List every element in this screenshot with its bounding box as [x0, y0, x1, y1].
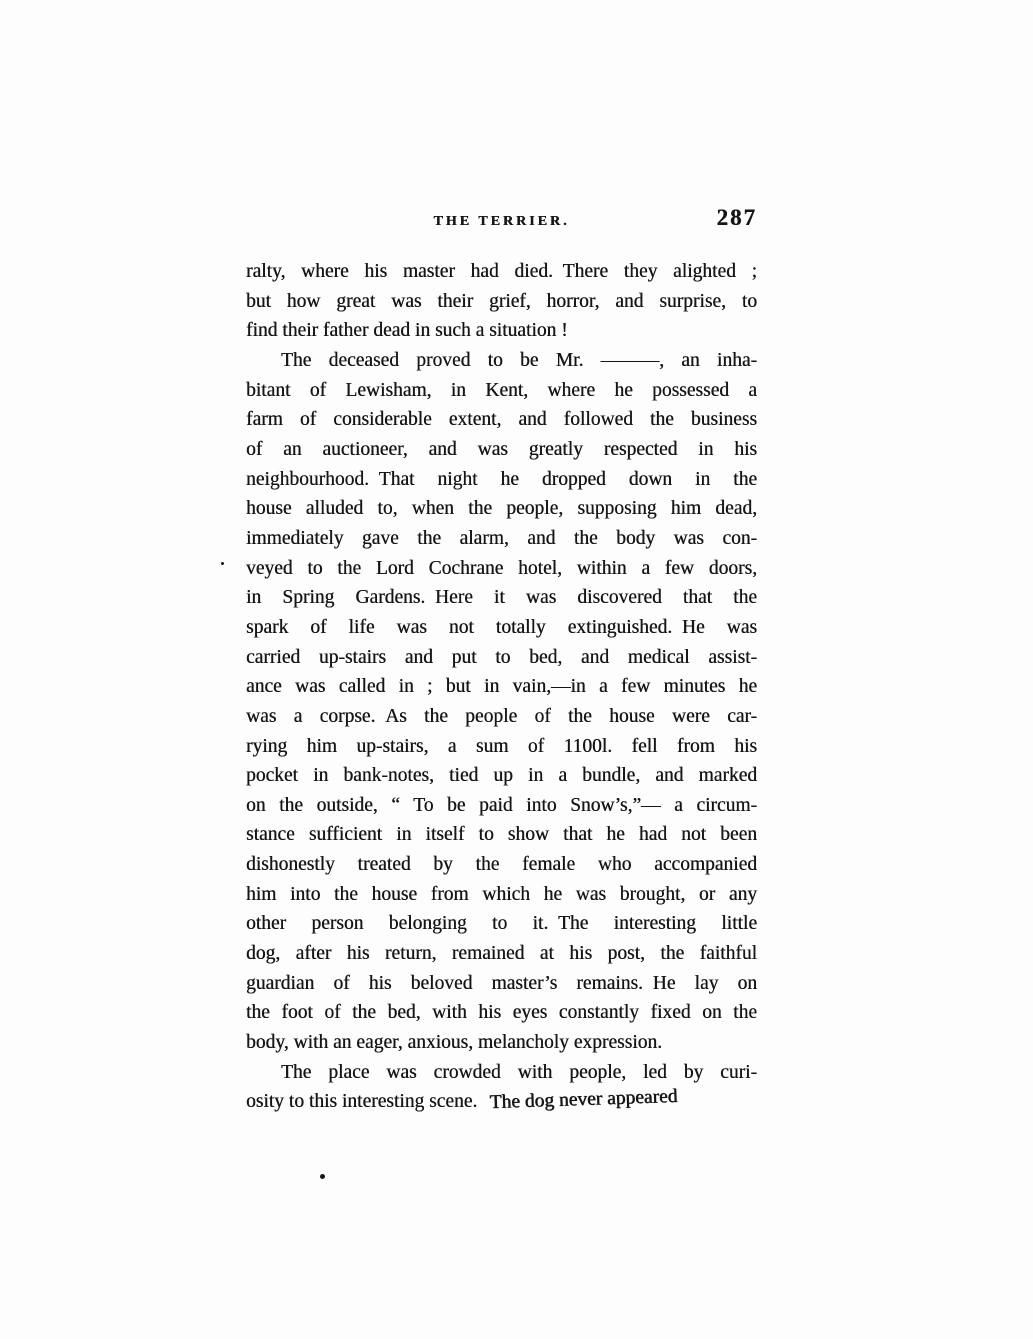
- page-number: 287: [246, 205, 757, 231]
- text-line: rying him up-stairs, a sum of 1100l. fel…: [246, 732, 757, 762]
- text-line: guardian of his beloved master’s remains…: [246, 969, 757, 999]
- text-line: him into the house from which he was bro…: [246, 880, 757, 910]
- text-line: house alluded to, when the people, suppo…: [246, 494, 757, 524]
- text-line: The deceased proved to be Mr. ———, an in…: [246, 346, 757, 376]
- text-line: stance sufficient in itself to show that…: [246, 820, 757, 850]
- text-line: neighbourhood. That night he dropped dow…: [246, 465, 757, 495]
- ink-speck: [320, 1174, 325, 1179]
- text-line: body, with an eager, anxious, melancholy…: [246, 1028, 757, 1058]
- text-line: dog, after his return, remained at his p…: [246, 939, 757, 969]
- text-line: find their father dead in such a situati…: [246, 316, 757, 346]
- text-line: veyed to the Lord Cochrane hotel, within…: [246, 554, 757, 584]
- ink-speck: [221, 562, 224, 565]
- text-line: pocket in bank-notes, tied up in a bundl…: [246, 761, 757, 791]
- text-line: other person belonging to it. The intere…: [246, 909, 757, 939]
- text-line: carried up-stairs and put to bed, and me…: [246, 643, 757, 673]
- text-line: spark of life was not totally extinguish…: [246, 613, 757, 643]
- text-line: immediately gave the alarm, and the body…: [246, 524, 757, 554]
- text-line: The place was crowded with people, led b…: [246, 1058, 757, 1088]
- text-line: was a corpse. As the people of the house…: [246, 702, 757, 732]
- text-line: but how great was their grief, horror, a…: [246, 287, 757, 317]
- text-line: on the outside, “ To be paid into Snow’s…: [246, 791, 757, 821]
- scanned-book-page: THE TERRIER. 287 ralty, where his master…: [0, 0, 1033, 1339]
- text-line: ance was called in ; but in vain,—in a f…: [246, 672, 757, 702]
- text-line: ralty, where his master had died. There …: [246, 257, 757, 287]
- text-line: osity to this interesting scene.The dog …: [246, 1087, 757, 1117]
- text-line: of an auctioneer, and was greatly respec…: [246, 435, 757, 465]
- text-block: ralty, where his master had died. There …: [246, 257, 757, 1117]
- text-line: farm of considerable extent, and followe…: [246, 405, 757, 435]
- text-line: dishonestly treated by the female who ac…: [246, 850, 757, 880]
- text-line: in Spring Gardens. Here it was discovere…: [246, 583, 757, 613]
- warped-text: The dog never appeared: [489, 1082, 678, 1118]
- text-line: the foot of the bed, with his eyes const…: [246, 998, 757, 1028]
- text-line: bitant of Lewisham, in Kent, where he po…: [246, 376, 757, 406]
